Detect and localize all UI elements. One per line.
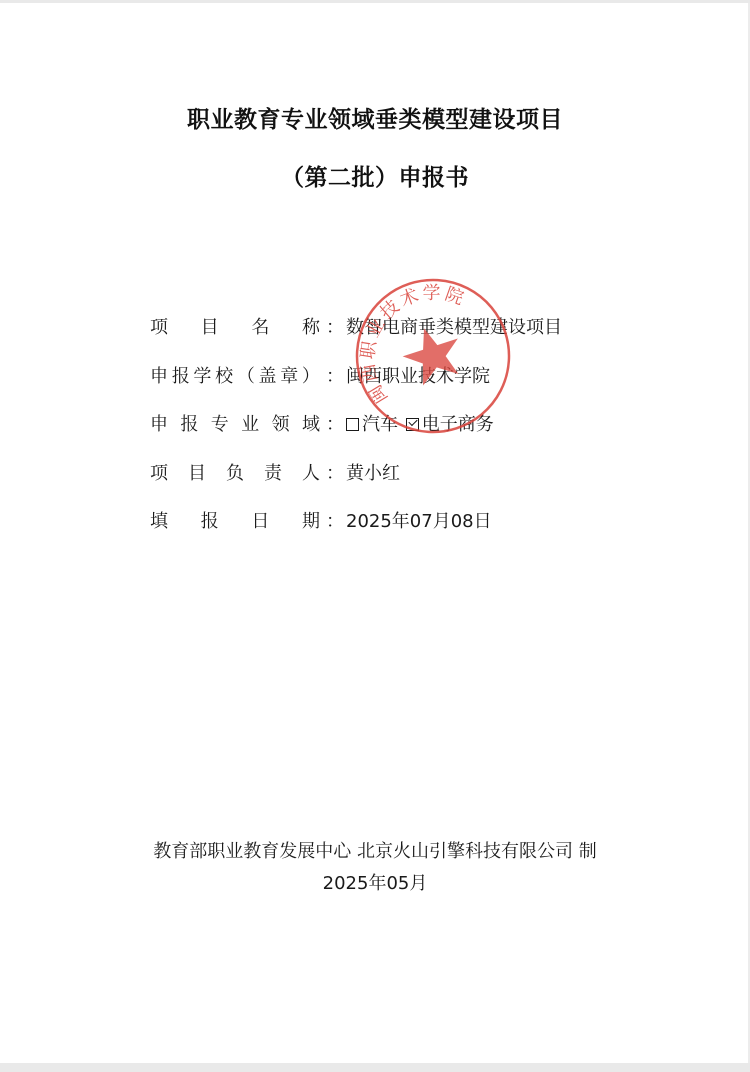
fill-date-value: 2025年07月08日: [346, 507, 610, 533]
document-title: 职业教育专业领域垂类模型建设项目: [0, 101, 750, 134]
school-value: 闽西职业技术学院: [346, 362, 610, 388]
field-colon: ：: [326, 362, 346, 388]
field-project-lead: 项 目 负 责 人 ： 黄小红: [150, 459, 610, 508]
project-name-value: 数智电商垂类模型建设项目: [346, 313, 610, 339]
document-page: 职业教育专业领域垂类模型建设项目 （第二批）申报书 项 目 名 称 ： 数智电商…: [0, 3, 750, 1063]
checkbox-ecommerce-checked-icon: [406, 418, 419, 431]
field-colon: ：: [326, 459, 346, 485]
domain-options: 汽车 电子商务: [346, 410, 610, 436]
checkbox-automotive-icon: [346, 418, 359, 431]
application-info-fields: 项 目 名 称 ： 数智电商垂类模型建设项目 申 报 学 校 （ 盖 章 ） ：…: [150, 313, 610, 556]
document-subtitle: （第二批）申报书: [0, 159, 750, 192]
option-automotive-label: 汽车: [362, 414, 398, 435]
field-label: 申 报 学 校 （ 盖 章 ）: [150, 362, 326, 388]
option-ecommerce-label: 电子商务: [422, 414, 494, 435]
field-colon: ：: [326, 410, 346, 436]
field-label: 项 目 负 责 人: [150, 459, 326, 485]
field-colon: ：: [326, 313, 346, 339]
field-domain: 申 报 专 业 领 域 ： 汽车 电子商务: [150, 410, 610, 459]
field-school: 申 报 学 校 （ 盖 章 ） ： 闽西职业技术学院: [150, 362, 610, 411]
field-label: 申 报 专 业 领 域: [150, 410, 326, 436]
field-project-name: 项 目 名 称 ： 数智电商垂类模型建设项目: [150, 313, 610, 362]
issuing-organizations: 教育部职业教育发展中心 北京火山引擎科技有限公司 制: [0, 837, 750, 863]
issue-date: 2025年05月: [0, 869, 750, 895]
field-fill-date: 填 报 日 期 ： 2025年07月08日: [150, 507, 610, 556]
project-lead-value: 黄小红: [346, 459, 610, 485]
field-label: 填 报 日 期: [150, 507, 326, 533]
field-colon: ：: [326, 507, 346, 533]
field-label: 项 目 名 称: [150, 313, 326, 339]
